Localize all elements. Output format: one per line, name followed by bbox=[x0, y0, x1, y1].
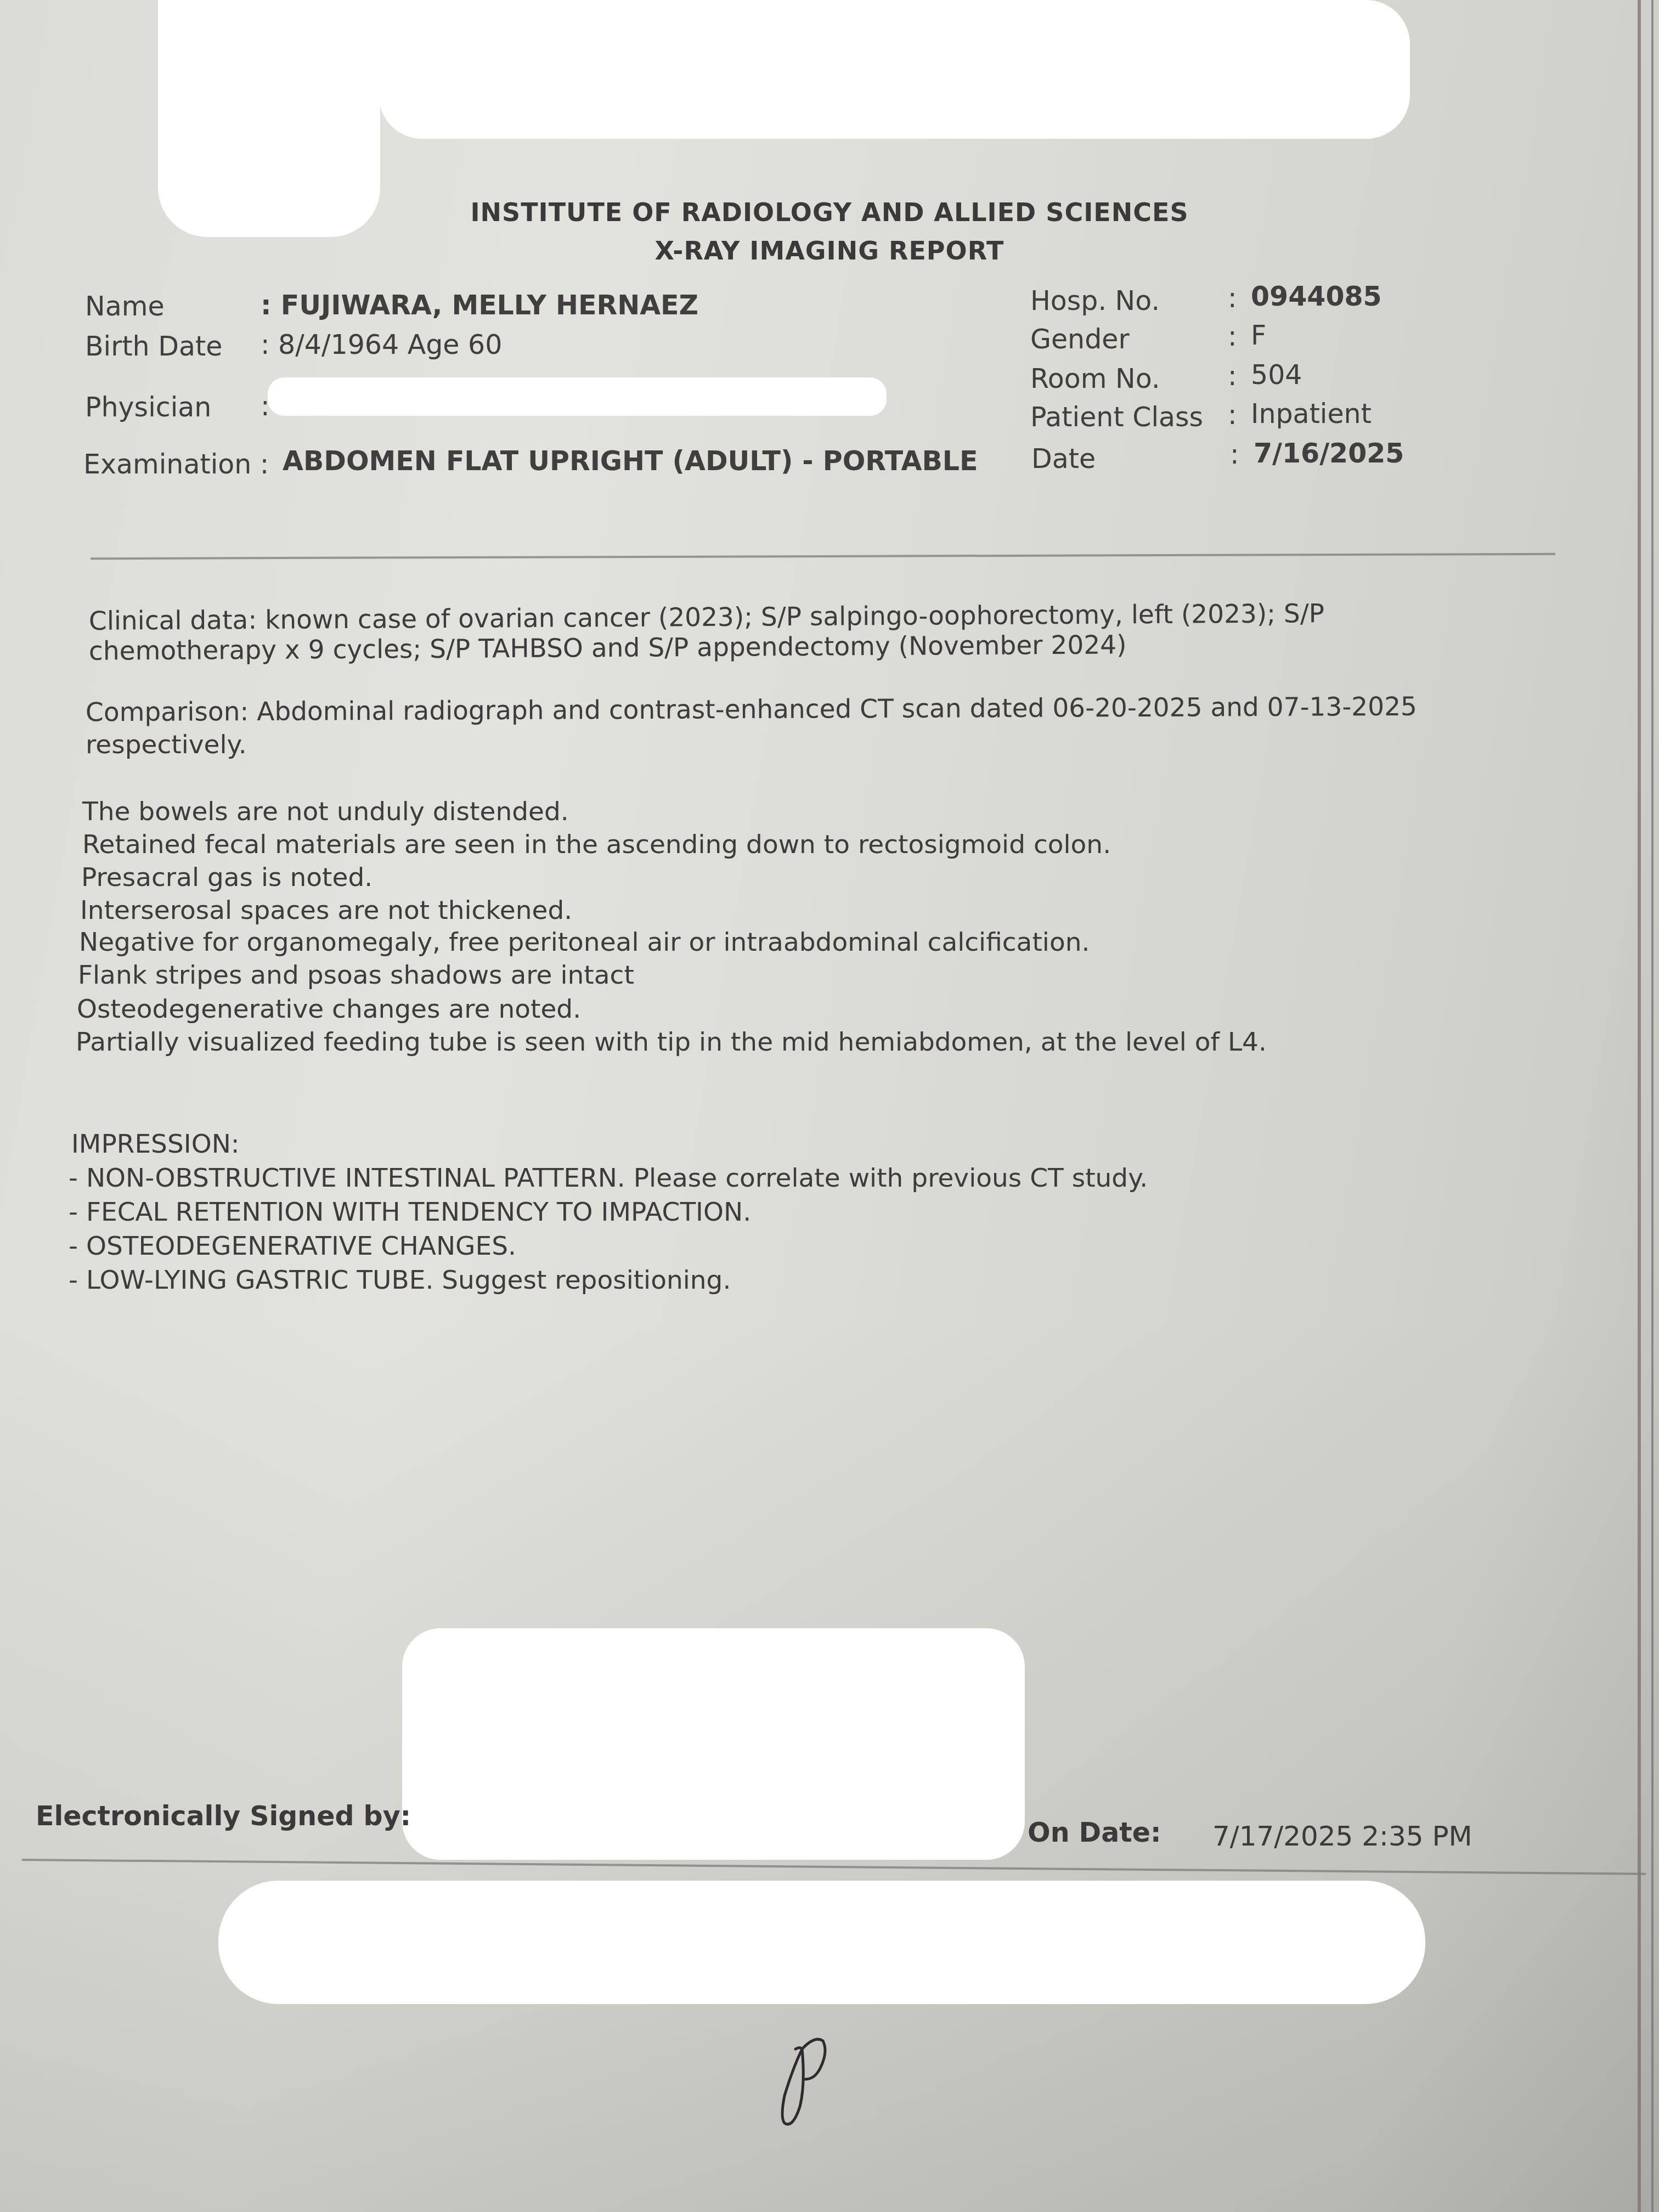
colon: : bbox=[1228, 399, 1237, 431]
impression-item: - FECAL RETENTION WITH TENDENCY TO IMPAC… bbox=[69, 1197, 751, 1227]
gender-label: Gender bbox=[1030, 324, 1130, 355]
on-date-label: On Date: bbox=[1028, 1817, 1161, 1848]
finding-item: Negative for organomegaly, free peritone… bbox=[79, 927, 1090, 957]
exam-date-value: 7/16/2025 bbox=[1254, 438, 1404, 469]
redaction-header bbox=[379, 0, 1410, 139]
finding-item: The bowels are not unduly distended. bbox=[82, 797, 569, 827]
impression-item: - NON-OBSTRUCTIVE INTESTINAL PATTERN. Pl… bbox=[69, 1163, 1148, 1193]
signed-by-label: Electronically Signed by: bbox=[36, 1801, 411, 1832]
colon: : bbox=[1228, 321, 1237, 352]
birth-date-value: : 8/4/1964 Age 60 bbox=[261, 329, 502, 360]
examination-label: Examination : bbox=[83, 449, 269, 480]
colon: : bbox=[1230, 439, 1239, 470]
header-divider bbox=[91, 553, 1555, 560]
room-no-value: 504 bbox=[1251, 359, 1302, 391]
impression-item: - OSTEODEGENERATIVE CHANGES. bbox=[69, 1231, 516, 1261]
examination-value: ABDOMEN FLAT UPRIGHT (ADULT) - PORTABLE bbox=[283, 445, 978, 477]
birth-date-label: Birth Date bbox=[85, 331, 222, 362]
finding-item: Partially visualized feeding tube is see… bbox=[76, 1027, 1267, 1057]
finding-item: Osteodegenerative changes are noted. bbox=[77, 994, 581, 1024]
name-label: Name bbox=[85, 291, 165, 322]
impression-item: - LOW-LYING GASTRIC TUBE. Suggest reposi… bbox=[69, 1265, 731, 1295]
finding-item: Flank stripes and psoas shadows are inta… bbox=[78, 960, 634, 990]
redaction-physician bbox=[268, 377, 887, 416]
patient-class-label: Patient Class bbox=[1030, 402, 1203, 433]
redaction-signature bbox=[402, 1628, 1025, 1860]
comparison-line: Comparison: Abdominal radiograph and con… bbox=[86, 692, 1417, 728]
report-title: X-RAY IMAGING REPORT bbox=[0, 236, 1659, 266]
date-label: Date bbox=[1031, 443, 1096, 475]
patient-name: : FUJIWARA, MELLY HERNAEZ bbox=[261, 290, 698, 321]
signed-date-value: 7/17/2025 2:35 PM bbox=[1212, 1820, 1472, 1852]
handwritten-initial-icon bbox=[768, 2030, 856, 2140]
clinical-data-line: Clinical data: known case of ovarian can… bbox=[89, 599, 1324, 636]
comparison-line: respectively. bbox=[86, 730, 247, 760]
finding-item: Retained fecal materials are seen in the… bbox=[82, 830, 1111, 860]
hosp-no-label: Hosp. No. bbox=[1030, 285, 1160, 317]
institution-title: INSTITUTE OF RADIOLOGY AND ALLIED SCIENC… bbox=[0, 198, 1659, 227]
impression-heading: IMPRESSION: bbox=[71, 1129, 240, 1159]
hosp-no-value: 0944085 bbox=[1251, 281, 1382, 312]
room-no-label: Room No. bbox=[1030, 363, 1160, 394]
finding-item: Interserosal spaces are not thickened. bbox=[80, 895, 572, 926]
gender-value: F bbox=[1251, 320, 1266, 351]
colon: : bbox=[1228, 360, 1237, 392]
physician-label: Physician bbox=[85, 392, 211, 423]
clinical-data-line: chemotherapy x 9 cycles; S/P TAHBSO and … bbox=[89, 630, 1127, 667]
paper-edge bbox=[1638, 0, 1641, 2212]
finding-item: Presacral gas is noted. bbox=[81, 862, 373, 893]
patient-class-value: Inpatient bbox=[1251, 398, 1372, 430]
redaction-footer bbox=[218, 1881, 1425, 2004]
paper-edge bbox=[1651, 0, 1654, 2212]
colon: : bbox=[1228, 283, 1237, 314]
